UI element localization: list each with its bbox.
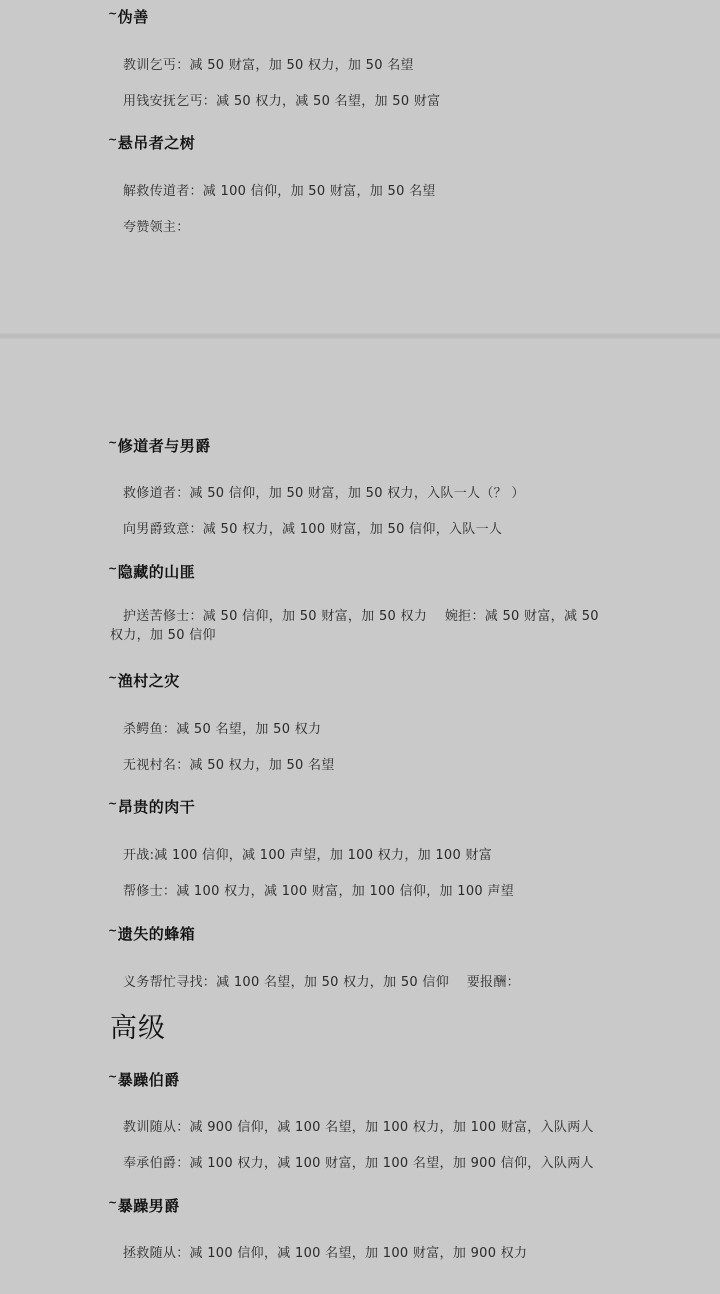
section-heading: ~暴躁男爵 — [108, 1195, 180, 1216]
level-heading: 高级 — [110, 1006, 166, 1045]
choice-line: 义务帮忙寻找：减 100 名望，加 50 权力，加 50 信仰 要报酬： — [123, 971, 520, 990]
section-heading: ~修道者与男爵 — [108, 435, 211, 456]
tilde-marker: ~ — [108, 562, 118, 575]
section-heading: ~渔村之灾 — [108, 670, 180, 691]
choice-line: 拯救随从：减 100 信仰，减 100 名望，加 100 财富，加 900 权力 — [123, 1242, 527, 1261]
tilde-marker: ~ — [108, 671, 118, 684]
section-title: 昂贵的肉干 — [118, 798, 196, 816]
tilde-marker: ~ — [108, 797, 118, 810]
section-title: 暴躁男爵 — [118, 1197, 180, 1215]
section-heading: ~遗失的蜂箱 — [108, 923, 195, 944]
choice-line: 奉承伯爵：减 100 权力，减 100 财富，加 100 名望，加 900 信仰… — [123, 1152, 594, 1171]
section-heading: ~暴躁伯爵 — [108, 1069, 180, 1090]
choice-line: 解救传道者：减 100 信仰，加 50 财富，加 50 名望 — [123, 180, 436, 199]
choice-line: 教训乞丐：减 50 财富，加 50 权力，加 50 名望 — [123, 54, 414, 73]
tilde-marker: ~ — [108, 436, 118, 449]
tilde-marker: ~ — [108, 924, 118, 937]
section-heading: ~隐藏的山匪 — [108, 561, 195, 582]
tilde-marker: ~ — [108, 1196, 118, 1209]
choice-line: 教训随从：减 900 信仰，减 100 名望，加 100 权力，加 100 财富… — [123, 1116, 594, 1135]
choice-line: 杀鳄鱼：减 50 名望，加 50 权力 — [123, 718, 321, 737]
section-title: 伪善 — [118, 8, 149, 26]
tilde-marker: ~ — [108, 133, 118, 146]
section-title: 修道者与男爵 — [118, 437, 211, 455]
choice-line: 护送苦修士：减 50 信仰，加 50 财富，加 50 权力 婉拒：减 50 财富… — [110, 607, 615, 645]
choice-line: 无视村名：减 50 权力，加 50 名望 — [123, 754, 335, 773]
choice-line: 帮修士：减 100 权力，减 100 财富，加 100 信仰，加 100 声望 — [123, 880, 514, 899]
choice-line: 用钱安抚乞丐：减 50 权力，减 50 名望，加 50 财富 — [123, 90, 440, 109]
section-title: 遗失的蜂箱 — [118, 925, 196, 943]
choice-line: 向男爵致意：减 50 权力，减 100 财富，加 50 信仰，入队一人 — [123, 518, 502, 537]
choice-line: 夸赞领主： — [123, 216, 190, 235]
tilde-marker: ~ — [108, 7, 118, 20]
section-heading: ~伪善 — [108, 6, 149, 27]
choice-line: 救修道者：减 50 信仰，加 50 财富，加 50 权力，入队一人（？ ） — [123, 482, 525, 501]
tilde-marker: ~ — [108, 1070, 118, 1083]
document-page-2: ~修道者与男爵 救修道者：减 50 信仰，加 50 财富，加 50 权力，入队一… — [0, 339, 720, 1294]
section-title: 暴躁伯爵 — [118, 1071, 180, 1089]
document-page-1: ~伪善 教训乞丐：减 50 财富，加 50 权力，加 50 名望 用钱安抚乞丐：… — [0, 0, 720, 333]
section-heading: ~昂贵的肉干 — [108, 796, 195, 817]
section-title: 隐藏的山匪 — [118, 563, 196, 581]
section-heading: ~悬吊者之树 — [108, 132, 195, 153]
section-title: 悬吊者之树 — [118, 134, 196, 152]
choice-line: 开战:减 100 信仰，减 100 声望，加 100 权力，加 100 财富 — [123, 844, 492, 863]
section-title: 渔村之灾 — [118, 672, 180, 690]
